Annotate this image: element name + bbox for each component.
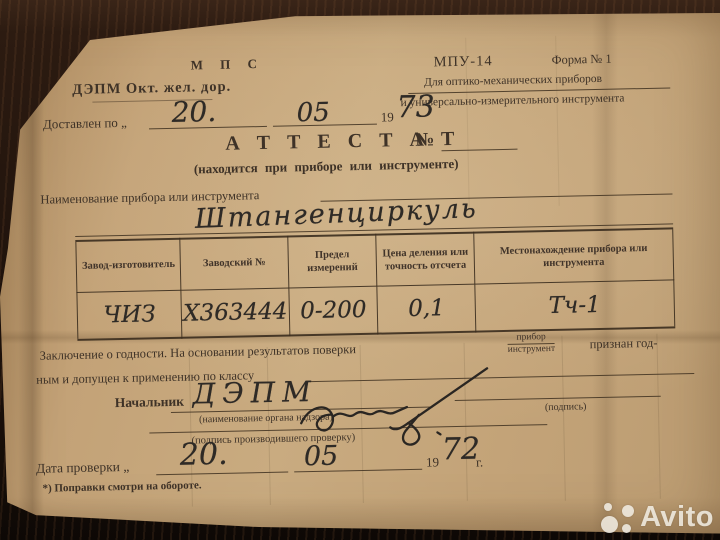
- check-year-suffix: г.: [476, 454, 483, 470]
- delivered-day-handwritten: 20.: [171, 95, 216, 129]
- chief-label: Начальник: [115, 394, 185, 411]
- signature-caption: (подпись): [545, 401, 587, 413]
- delivered-month-handwritten: 05: [296, 98, 330, 129]
- year-prefix: 19: [381, 109, 394, 125]
- cell-manufacturer: ЧИЗ: [77, 290, 182, 340]
- col-measuring-range: Предел измерений: [287, 235, 377, 288]
- delivered-label: Доставлен по „: [43, 115, 127, 133]
- cell-serial-number: Х363444: [181, 288, 289, 338]
- avito-logo-icon: [601, 502, 635, 534]
- col-manufacturer: Завод-изготовитель: [76, 239, 181, 293]
- footnote: *) Поправки смотри на обороте.: [42, 479, 201, 494]
- col-graduation: Цена деления или точность отсчета: [376, 233, 475, 287]
- cell-graduation: 0,1: [377, 284, 475, 334]
- paper-sheet: М П С ДЭПМ Окт. жел. дор. МПУ-14 Форма №…: [0, 0, 720, 540]
- delivered-year-handwritten: 73: [396, 89, 435, 125]
- check-date-month-handwritten: 05: [304, 440, 339, 472]
- title-subtitle: (находится при приборе или инструменте): [194, 156, 459, 178]
- check-date-day-handwritten: 20.: [179, 437, 227, 473]
- watermark-brand-text: Avito: [640, 501, 714, 534]
- check-year-prefix: 19: [426, 454, 439, 470]
- conclusion-text-2: признан год-: [589, 336, 657, 352]
- conclusion-text-1: Заключение о годности. На основании резу…: [40, 342, 357, 364]
- verification-table: Завод-изготовитель Заводский № Предел из…: [75, 227, 675, 341]
- issuer-abbreviation: М П С: [191, 56, 265, 74]
- certificate-document: М П С ДЭПМ Окт. жел. дор. МПУ-14 Форма №…: [0, 0, 720, 540]
- device-or-instrument-fraction: прибор инструмент: [507, 332, 555, 356]
- watermark: Avito: [601, 501, 714, 534]
- form-scope-line1: Для оптико-механических приборов: [424, 73, 602, 89]
- cell-location: Тч-1: [475, 280, 675, 332]
- show-through-line: [561, 336, 565, 501]
- show-through-line: [267, 347, 271, 505]
- fill-line: [442, 149, 518, 152]
- underline: [408, 87, 670, 93]
- col-location: Местонахождение прибора или инструмента: [474, 228, 674, 284]
- col-serial-number: Заводский №: [180, 237, 288, 291]
- form-number: Форма № 1: [551, 52, 611, 68]
- fraction-bottom: инструмент: [508, 344, 556, 356]
- show-through-line: [656, 334, 660, 499]
- fill-line: [149, 126, 267, 129]
- cell-measuring-range: 0-200: [288, 286, 378, 335]
- check-date-year-handwritten: 72: [441, 432, 480, 468]
- fraction-top: прибор: [507, 332, 555, 345]
- check-date-label: Дата проверки „: [36, 459, 130, 477]
- title-number-sign: №: [415, 129, 435, 151]
- form-code: МПУ-14: [434, 53, 493, 71]
